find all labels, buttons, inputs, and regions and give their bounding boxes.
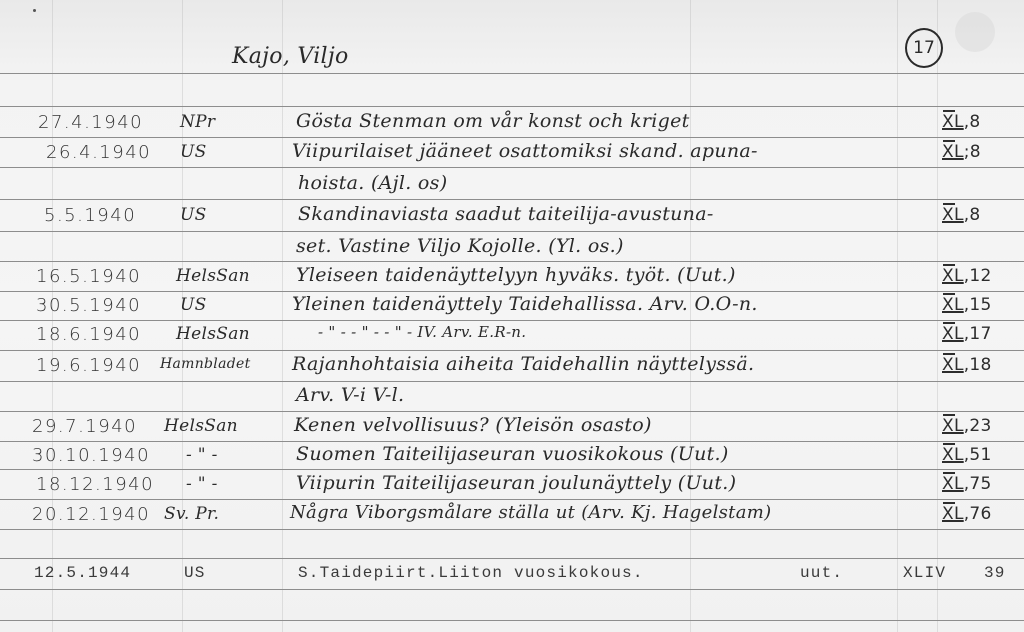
volume: XL [942,416,964,436]
column-guide [897,0,898,632]
page: ,23 [964,416,992,436]
entry-title: - " - - " - - " - IV. Arv. E.R-n. [318,323,526,341]
ruling-line [0,261,1024,262]
ruling-line [0,469,1024,470]
entry-ref: XL,8 [942,205,981,225]
entry-source: Sv. Pr. [164,504,219,524]
volume: XL [942,142,964,162]
typed-title: S.Taidepiirt.Liiton vuosikokous. [298,564,644,582]
entry-source: - " - [186,474,218,494]
ruling-line [0,620,1024,621]
entry-date: 20.12.1940 [32,504,150,525]
ruling-line [0,441,1024,442]
card-number-badge: 17 [905,28,943,68]
column-guide [52,0,53,632]
entry-title: Yleiseen taidenäyttelyyn hyväks. työt. (… [296,264,736,286]
volume: XL [942,445,964,465]
entry-date: 29.7.1940 [32,416,137,437]
card-name: Kajo, Viljo [232,44,349,69]
entry-ref: XL,15 [942,295,992,315]
page: ,18 [964,355,992,375]
entry-title-cont: Arv. V-i V-l. [296,384,404,406]
ruling-line [0,529,1024,530]
entry-ref: XL,17 [942,324,992,344]
ruling-line [0,411,1024,412]
volume: XL [942,324,964,344]
page: ;8 [964,142,981,162]
volume: XL [942,355,964,375]
entry-source: - " - [186,445,218,465]
volume: XL [942,112,964,132]
entry-date: 19.6.1940 [36,355,141,376]
entry-source: US [180,295,207,315]
card-number: 17 [913,38,935,58]
ruling-line [0,589,1024,590]
volume: XL [942,295,964,315]
entry-title: Rajanhohtaisia aiheita Taidehallin näytt… [292,353,754,375]
entry-title: Yleinen taidenäyttely Taidehallissa. Arv… [292,293,758,315]
ruling-line [0,350,1024,351]
page: ,12 [964,266,992,286]
page: ,8 [964,112,981,132]
typed-page: 39 [984,564,1006,582]
entry-date: 5.5.1940 [44,205,136,226]
entry-date: 30.5.1940 [36,295,141,316]
page: ,8 [964,205,981,225]
column-guide [182,0,183,632]
entry-title: Suomen Taiteilijaseuran vuosikokous (Uut… [296,443,729,465]
speck [33,9,36,12]
typed-source: US [184,564,206,582]
page: ,15 [964,295,992,315]
entry-date: 27.4.1940 [38,112,143,133]
typed-kind: uut. [800,564,843,582]
entry-title: Gösta Stenman om vår konst och kriget [296,110,690,132]
entry-date: 16.5.1940 [36,266,141,287]
volume: XL [942,266,964,286]
entry-source: NPr [180,112,215,132]
entry-title: Viipurilaiset jääneet osattomiksi skand.… [292,140,758,162]
ruling-line [0,231,1024,232]
entry-title: Viipurin Taiteilijaseuran joulunäyttely … [296,472,736,494]
entry-ref: XL,51 [942,445,992,465]
entry-ref: XL,12 [942,266,992,286]
volume: XL [942,205,964,225]
entry-source: Hamnbladet [160,356,251,372]
ruling-line [0,199,1024,200]
entry-date: 18.6.1940 [36,324,141,345]
entry-ref: XL,18 [942,355,992,375]
entry-source: HelsSan [164,416,238,436]
ruling-line [0,106,1024,107]
entry-source: HelsSan [176,324,250,344]
volume: XL [942,504,964,524]
entry-source: US [180,142,207,162]
entry-title: Några Viborgsmålare ställa ut (Arv. Kj. … [290,502,771,523]
entry-title-cont: hoista. (Ajl. os) [298,172,447,194]
page: ,76 [964,504,992,524]
ruling-line [0,320,1024,321]
typed-date: 12.5.1944 [34,564,131,582]
ruling-line [0,499,1024,500]
page: ,75 [964,474,992,494]
entry-title-cont: set. Vastine Viljo Kojolle. (Yl. os.) [296,235,624,257]
ruling-line [0,291,1024,292]
column-guide [690,0,691,632]
faint-stamp [955,12,995,52]
ruling-line [0,381,1024,382]
entry-source: US [180,205,207,225]
entry-title: Skandinaviasta saadut taiteilija-avustun… [298,203,714,225]
column-guide [937,0,938,632]
entry-ref: XL,75 [942,474,992,494]
entry-date: 30.10.1940 [32,445,150,466]
typed-volume: XLIV [903,564,946,582]
column-guide [282,0,283,632]
volume: XL [942,474,964,494]
ruling-line [0,137,1024,138]
entry-ref: XL;8 [942,142,981,162]
index-card: Kajo, Viljo 17 27.4.1940 NPr Gösta Stenm… [0,0,1024,632]
entry-ref: XL,8 [942,112,981,132]
page: ,51 [964,445,992,465]
entry-title: Kenen velvollisuus? (Yleisön osasto) [294,414,652,436]
entry-date: 18.12.1940 [36,474,154,495]
ruling-line [0,167,1024,168]
entry-source: HelsSan [176,266,250,286]
ruling-line [0,73,1024,74]
entry-ref: XL,76 [942,504,992,524]
ruling-line [0,558,1024,559]
page: ,17 [964,324,992,344]
entry-ref: XL,23 [942,416,992,436]
entry-date: 26.4.1940 [46,142,151,163]
